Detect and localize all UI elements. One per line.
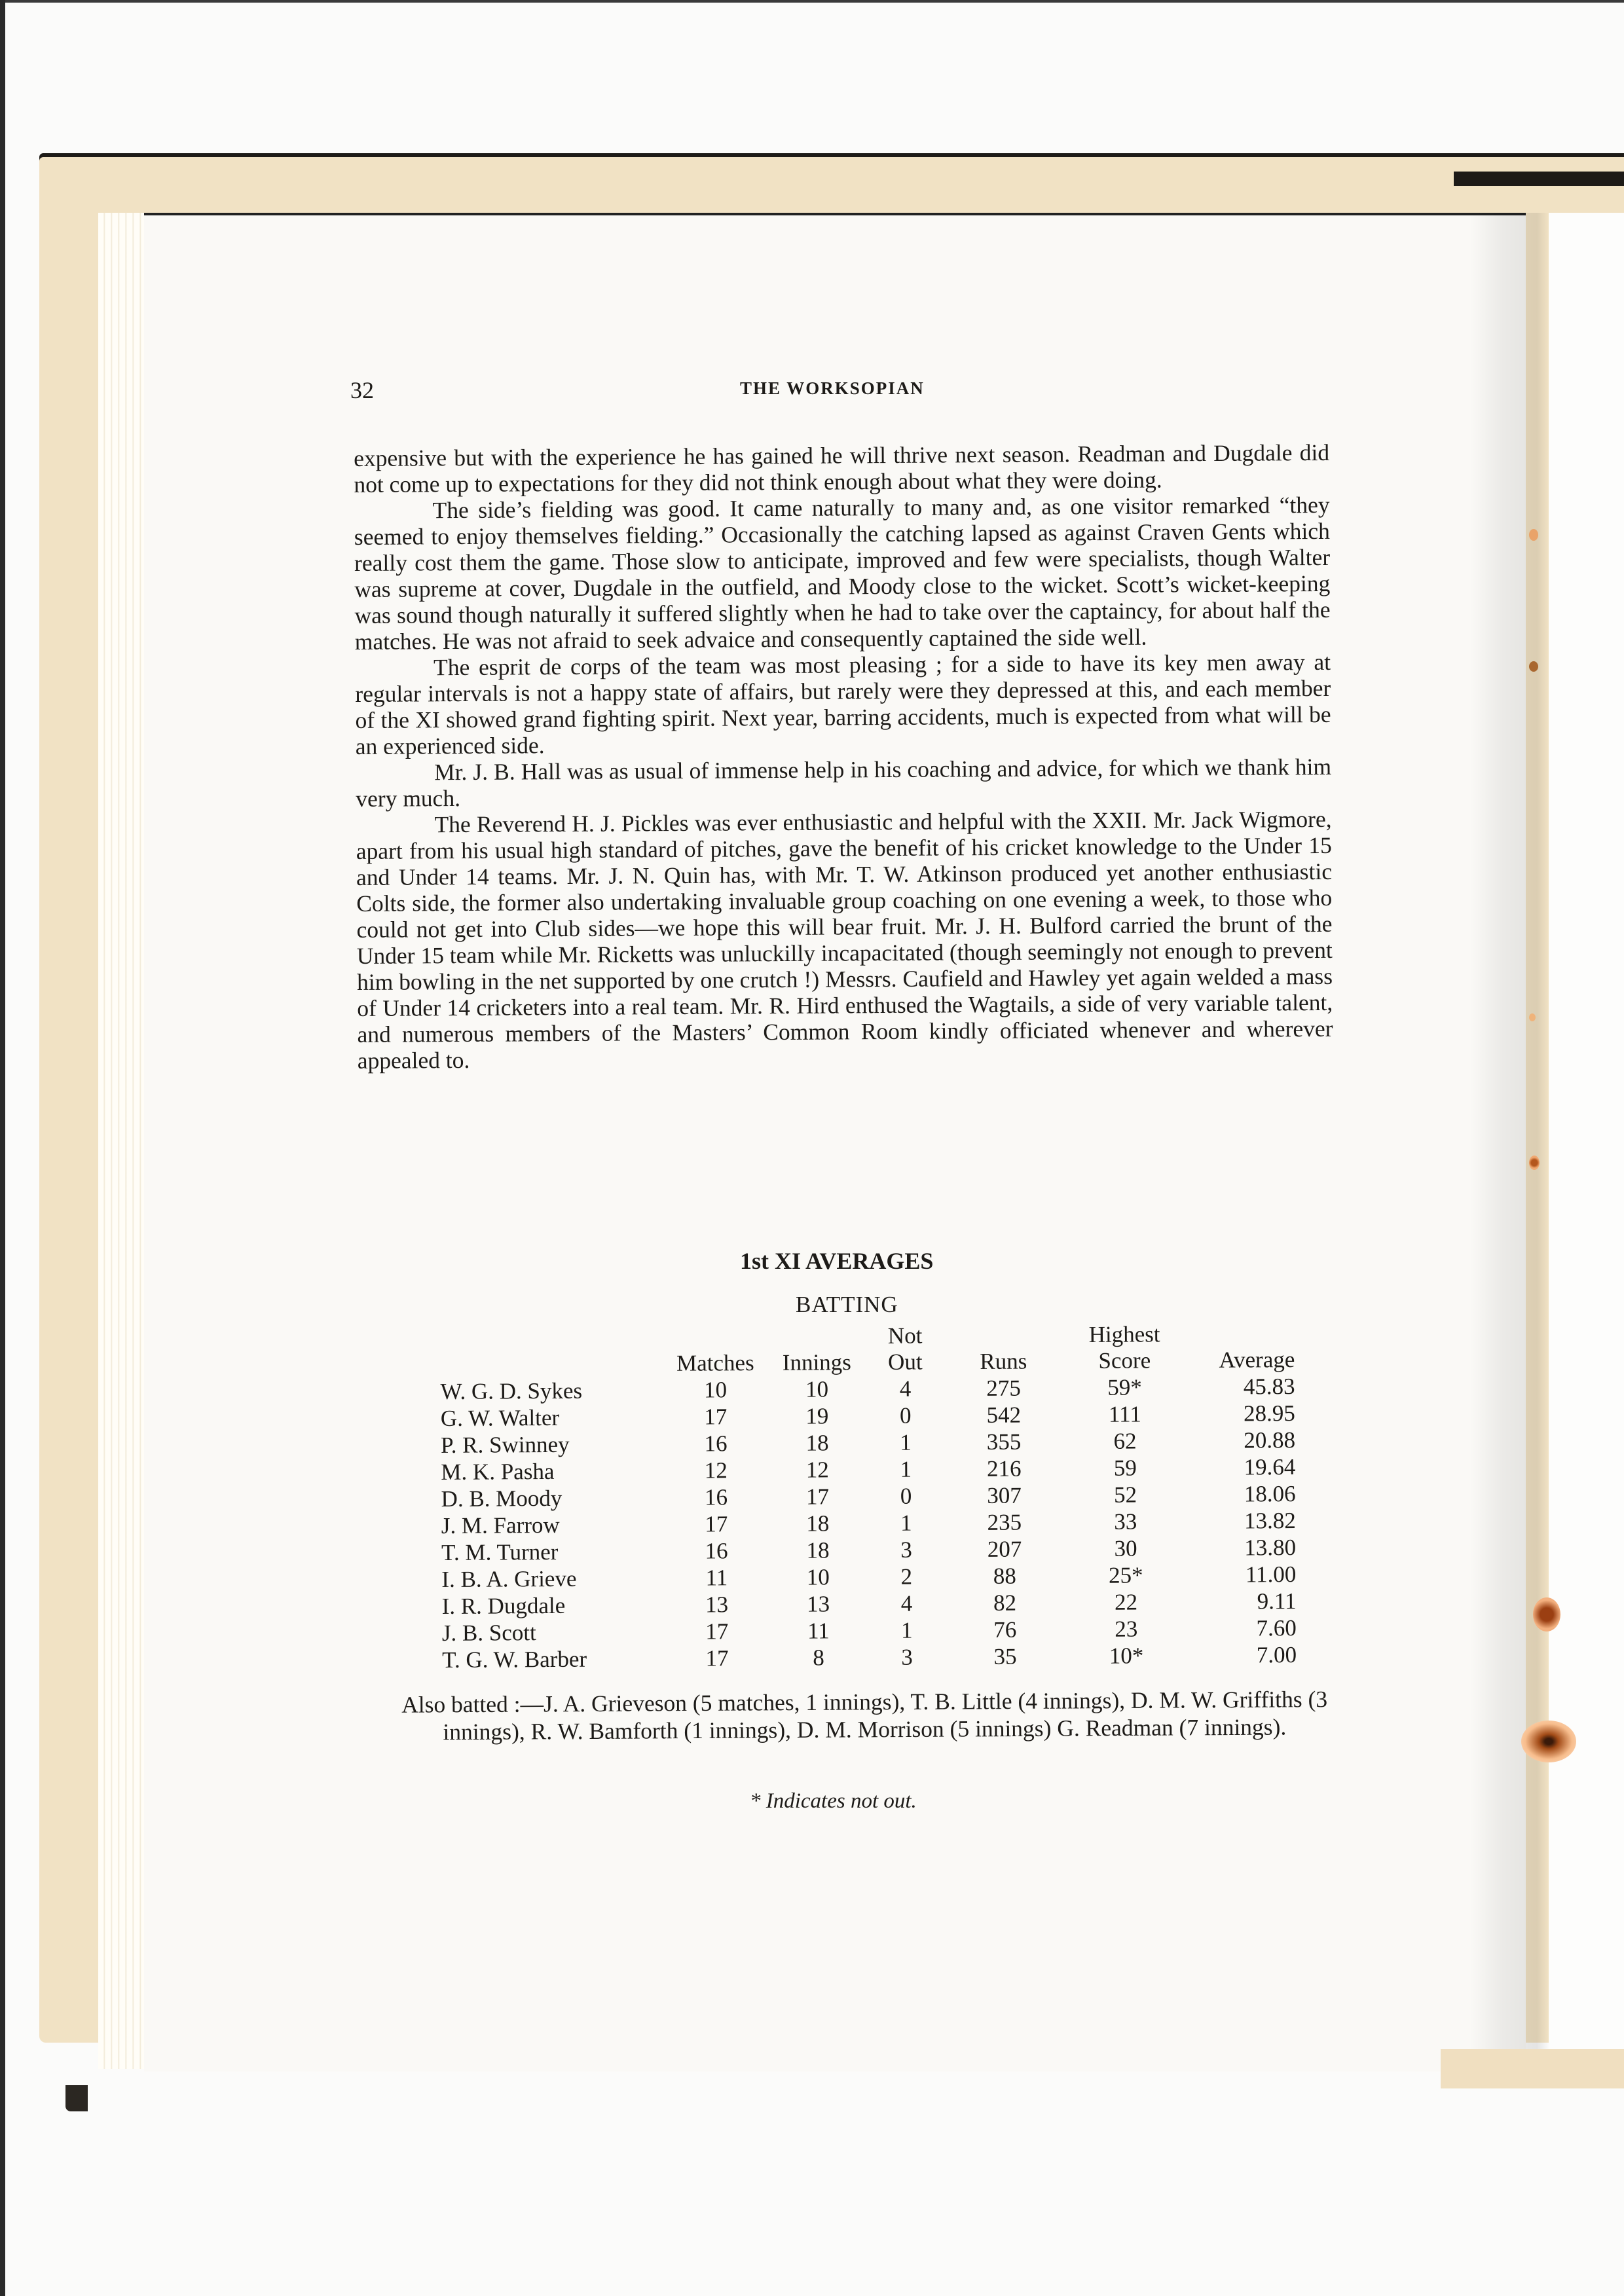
table-header-row: Matches Innings NotOut Runs HighestScore… bbox=[440, 1321, 1295, 1378]
cell-runs: 76 bbox=[943, 1616, 1067, 1643]
cell-highest: 62 bbox=[1066, 1427, 1184, 1455]
cell-innings: 12 bbox=[765, 1456, 870, 1484]
scan-edge bbox=[0, 0, 5, 2296]
stain-mark bbox=[1521, 1721, 1576, 1762]
cell-matches: 10 bbox=[666, 1376, 764, 1404]
page-stack-edges bbox=[98, 213, 151, 2069]
cover-bottom-edge bbox=[1441, 2049, 1624, 2088]
cell-not-out: 1 bbox=[870, 1509, 942, 1537]
cell-innings: 17 bbox=[765, 1483, 870, 1510]
col-innings: Innings bbox=[764, 1323, 869, 1376]
stain-mark bbox=[1529, 661, 1538, 672]
cell-not-out: 0 bbox=[870, 1402, 942, 1429]
cell-innings: 8 bbox=[766, 1644, 871, 1671]
cell-innings: 19 bbox=[765, 1402, 870, 1430]
cell-matches: 17 bbox=[667, 1510, 766, 1538]
cell-average: 19.64 bbox=[1184, 1453, 1295, 1481]
cell-not-out: 4 bbox=[870, 1590, 942, 1617]
cell-matches: 17 bbox=[668, 1618, 766, 1645]
paragraph: expensive but with the experience he has… bbox=[354, 439, 1329, 498]
cover-shadow bbox=[1454, 172, 1624, 186]
cell-runs: 275 bbox=[941, 1374, 1065, 1402]
paragraph: The Reverend H. J. Pickles was ever enth… bbox=[356, 806, 1333, 1074]
stain-mark bbox=[1529, 1156, 1540, 1170]
cell-not-out: 2 bbox=[870, 1563, 942, 1590]
cell-highest: 10* bbox=[1067, 1642, 1185, 1669]
col-not-out-line2: Out bbox=[888, 1349, 923, 1375]
article-body: expensive but with the experience he has… bbox=[354, 439, 1333, 1074]
facing-page bbox=[1549, 213, 1624, 2069]
cell-runs: 88 bbox=[942, 1562, 1067, 1590]
cell-average: 18.06 bbox=[1184, 1480, 1295, 1508]
cell-runs: 235 bbox=[942, 1508, 1067, 1536]
batting-heading: BATTING bbox=[796, 1292, 898, 1318]
col-highest-line2: Score bbox=[1098, 1347, 1151, 1373]
cell-highest: 111 bbox=[1066, 1400, 1184, 1428]
cell-not-out: 4 bbox=[869, 1375, 941, 1402]
averages-heading: 1st XI AVERAGES bbox=[740, 1247, 933, 1275]
cell-name: W. G. D. Sykes bbox=[440, 1377, 666, 1405]
cell-highest: 25* bbox=[1067, 1561, 1185, 1589]
scan-border bbox=[0, 0, 1624, 3]
batting-table: Matches Innings NotOut Runs HighestScore… bbox=[440, 1321, 1297, 1673]
cell-average: 7.00 bbox=[1185, 1641, 1297, 1669]
cell-not-out: 0 bbox=[870, 1482, 942, 1510]
cell-runs: 355 bbox=[942, 1428, 1066, 1455]
cell-innings: 10 bbox=[766, 1563, 870, 1591]
cell-name: T. G. W. Barber bbox=[442, 1645, 668, 1673]
cell-not-out: 3 bbox=[871, 1643, 943, 1671]
also-batted-note: Also batted :—J. A. Grieveson (5 matches… bbox=[373, 1685, 1356, 1746]
cell-average: 7.60 bbox=[1185, 1614, 1297, 1642]
stain-mark bbox=[1529, 529, 1538, 541]
cell-average: 45.83 bbox=[1183, 1373, 1295, 1400]
table-row: T. G. W. Barber17833510*7.00 bbox=[442, 1641, 1297, 1673]
cell-matches: 17 bbox=[667, 1403, 765, 1430]
cell-name: M. K. Pasha bbox=[441, 1457, 667, 1485]
page-number: 32 bbox=[350, 376, 374, 404]
cell-matches: 11 bbox=[667, 1564, 766, 1592]
cell-matches: 16 bbox=[667, 1430, 765, 1457]
col-not-out: NotOut bbox=[869, 1322, 941, 1376]
cell-matches: 16 bbox=[667, 1537, 766, 1565]
cover-worn-corner bbox=[65, 2085, 88, 2111]
paragraph: The side’s fielding was good. It came na… bbox=[354, 492, 1330, 655]
cell-runs: 216 bbox=[942, 1455, 1066, 1482]
cell-matches: 17 bbox=[668, 1645, 766, 1672]
stain-mark bbox=[1533, 1597, 1560, 1631]
col-not-out-line1: Not bbox=[888, 1323, 923, 1349]
cell-average: 28.95 bbox=[1184, 1400, 1295, 1427]
cell-name: T. M. Turner bbox=[441, 1538, 667, 1566]
col-name bbox=[440, 1324, 666, 1378]
gutter-shadow bbox=[1470, 213, 1549, 2069]
stain-mark bbox=[1529, 1013, 1536, 1021]
cell-runs: 542 bbox=[942, 1401, 1066, 1429]
cell-runs: 35 bbox=[943, 1643, 1067, 1670]
col-average: Average bbox=[1183, 1321, 1295, 1374]
cell-runs: 207 bbox=[942, 1535, 1067, 1563]
cell-not-out: 3 bbox=[870, 1536, 942, 1563]
not-out-footnote: * Indicates not out. bbox=[750, 1789, 917, 1813]
cell-name: D. B. Moody bbox=[441, 1484, 667, 1512]
cell-innings: 18 bbox=[766, 1537, 870, 1564]
cell-matches: 16 bbox=[667, 1484, 765, 1511]
cell-name: J. B. Scott bbox=[442, 1618, 668, 1647]
cell-highest: 30 bbox=[1067, 1535, 1185, 1562]
cell-runs: 82 bbox=[942, 1589, 1067, 1616]
cell-highest: 59 bbox=[1066, 1454, 1184, 1482]
cell-name: I. R. Dugdale bbox=[441, 1592, 667, 1620]
cell-average: 13.82 bbox=[1185, 1507, 1296, 1535]
cell-name: G. W. Walter bbox=[441, 1404, 667, 1432]
paragraph: The esprit de corps of the team was most… bbox=[355, 649, 1331, 759]
cell-highest: 52 bbox=[1066, 1481, 1184, 1508]
cell-highest: 23 bbox=[1067, 1615, 1185, 1643]
cell-not-out: 1 bbox=[870, 1429, 942, 1456]
cell-matches: 13 bbox=[667, 1591, 766, 1618]
cell-innings: 18 bbox=[766, 1510, 870, 1537]
cell-innings: 11 bbox=[766, 1617, 871, 1645]
cell-not-out: 1 bbox=[871, 1616, 943, 1644]
cell-average: 9.11 bbox=[1185, 1588, 1296, 1615]
col-highest-line1: Highest bbox=[1089, 1321, 1160, 1347]
cell-highest: 59* bbox=[1065, 1374, 1183, 1401]
cell-innings: 18 bbox=[765, 1429, 870, 1457]
cell-average: 11.00 bbox=[1185, 1561, 1296, 1588]
cell-name: P. R. Swinney bbox=[441, 1430, 667, 1459]
cell-highest: 22 bbox=[1067, 1588, 1185, 1616]
cell-average: 13.80 bbox=[1185, 1534, 1296, 1561]
running-head: THE WORKSOPIAN bbox=[740, 378, 925, 399]
cell-innings: 13 bbox=[766, 1590, 870, 1618]
cell-name: I. B. A. Grieve bbox=[441, 1565, 667, 1593]
paragraph: Mr. J. B. Hall was as usual of immense h… bbox=[356, 754, 1331, 812]
col-highest-score: HighestScore bbox=[1065, 1321, 1183, 1374]
cell-average: 20.88 bbox=[1184, 1427, 1295, 1454]
cell-name: J. M. Farrow bbox=[441, 1511, 667, 1539]
cell-highest: 33 bbox=[1067, 1508, 1185, 1535]
col-runs: Runs bbox=[941, 1322, 1065, 1375]
cell-runs: 307 bbox=[942, 1482, 1066, 1509]
cell-matches: 12 bbox=[667, 1457, 765, 1484]
cell-not-out: 1 bbox=[870, 1455, 942, 1483]
col-matches: Matches bbox=[666, 1324, 764, 1377]
cell-innings: 10 bbox=[764, 1376, 869, 1403]
